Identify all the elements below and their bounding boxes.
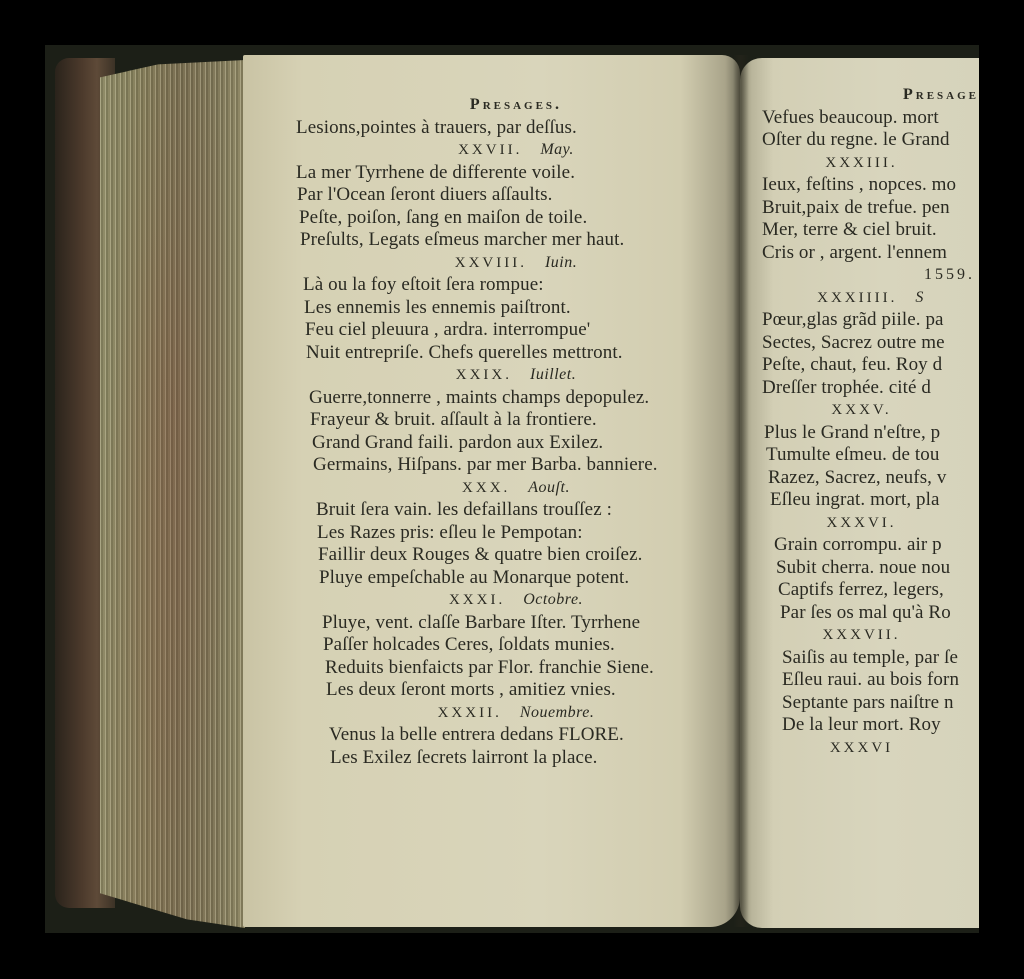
verse-line: Tumulte eſmeu. de tou	[762, 444, 979, 467]
verse-line: Ieux, feſtins , nopces. mo	[762, 174, 979, 197]
verse-line: Oſter du regne. le Grand	[762, 129, 979, 152]
verse-line: Dreſſer trophée. cité d	[762, 377, 979, 400]
book-fore-edge	[100, 60, 245, 928]
section-month: Aouſt.	[528, 479, 570, 496]
verse-line: Subit cherra. noue nou	[762, 557, 979, 580]
verse-line: Saiſis au temple, par ſe	[762, 647, 979, 670]
section-numeral: XXXVI.	[826, 515, 896, 531]
section-month: S	[915, 289, 924, 306]
verse-line: Plus le Grand n'eſtre, p	[762, 422, 979, 445]
section-heading: XXXI.Octobre.	[296, 589, 736, 612]
verse-line: Sectes, Sacrez outre me	[762, 332, 979, 355]
verse-line: Reduits bienfaicts par Flor. franchie Si…	[296, 657, 736, 680]
section-heading: XXXVII.	[762, 624, 979, 647]
verse-line: Captifs ferrez, legers,	[762, 579, 979, 602]
verse-line: Razez, Sacrez, neufs, v	[762, 467, 979, 490]
verse-line: Peſte, chaut, feu. Roy d	[762, 354, 979, 377]
section-numeral: XXXVII.	[822, 627, 900, 643]
verse-line: Pluye, vent. claſſe Barbare Iſter. Tyrrh…	[296, 612, 736, 635]
verse-line: Paſſer holcades Ceres, ſoldats munies.	[296, 634, 736, 657]
verse-line: Nuit entrepriſe. Chefs querelles mettron…	[296, 342, 736, 365]
section-heading: XXX.Aouſt.	[296, 477, 736, 500]
section-heading: XXXVI	[762, 737, 979, 760]
year-label: 1559.	[762, 264, 979, 287]
verse-line: Lesions,pointes à trauers, par deſſus.	[296, 117, 736, 140]
right-verse-list: Vefues beaucoup. mortOſter du regne. le …	[762, 107, 979, 760]
verse-line: Eſleu raui. au bois forn	[762, 669, 979, 692]
verse-line: Bruit ſera vain. les defaillans trouſſez…	[296, 499, 736, 522]
running-head: Presage	[762, 84, 979, 107]
section-numeral: XXXII.	[438, 705, 502, 721]
section-heading: XXXII.Nouembre.	[296, 702, 736, 725]
section-heading: XXIX.Iuillet.	[296, 364, 736, 387]
verse-line: Les Razes pris: eſleu le Pempotan:	[296, 522, 736, 545]
verse-line: Venus la belle entrera dedans FLORE.	[296, 724, 736, 747]
section-numeral: XXVII.	[458, 142, 522, 158]
verse-line: Bruit,paix de trefue. pen	[762, 197, 979, 220]
section-numeral: XXXIII.	[825, 155, 897, 171]
verse-line: Pœur,glas grãd piile. pa	[762, 309, 979, 332]
section-month: Nouembre.	[520, 704, 595, 721]
verse-line: Grain corrompu. air p	[762, 534, 979, 557]
section-month: Iuin.	[545, 254, 577, 271]
section-numeral: XXXI.	[449, 592, 505, 608]
verse-line: Guerre,tonnerre , maints champs depopule…	[296, 387, 736, 410]
verse-line: Frayeur & bruit. aſſault à la frontiere.	[296, 409, 736, 432]
verse-line: Vefues beaucoup. mort	[762, 107, 979, 130]
running-head: Presages.	[296, 94, 736, 117]
verse-line: Là ou la foy eſtoit ſera rompue:	[296, 274, 736, 297]
left-page-text: Presages. Lesions,pointes à trauers, par…	[296, 94, 736, 769]
section-numeral: XXX.	[462, 480, 510, 496]
verse-line: La mer Tyrrhene de differente voile.	[296, 162, 736, 185]
verse-line: Septante pars naiſtre n	[762, 692, 979, 715]
right-page-text: Presage Vefues beaucoup. mortOſter du re…	[762, 84, 979, 759]
section-heading: XXXIIII.S	[762, 287, 979, 310]
section-month: Octobre.	[523, 591, 583, 608]
section-numeral: XXXV.	[831, 402, 891, 418]
section-month: Iuillet.	[530, 366, 576, 383]
verse-line: Les deux ſeront morts , amitiez vnies.	[296, 679, 736, 702]
section-heading: XXVIII.Iuin.	[296, 252, 736, 275]
verse-line: Les Exilez ſecrets lairront la place.	[296, 747, 736, 770]
section-numeral: XXIX.	[456, 367, 512, 383]
verse-line: Cris or , argent. l'ennem	[762, 242, 979, 265]
verse-line: Eſleu ingrat. mort, pla	[762, 489, 979, 512]
verse-line: Par ſes os mal qu'à Ro	[762, 602, 979, 625]
verse-line: Pluye empeſchable au Monarque potent.	[296, 567, 736, 590]
verse-line: Germains, Hiſpans. par mer Barba. bannie…	[296, 454, 736, 477]
verse-line: Les ennemis les ennemis paiſtront.	[296, 297, 736, 320]
section-heading: XXXIII.	[762, 152, 979, 175]
section-numeral: XXXIIII.	[817, 290, 897, 306]
verse-line: Preſults, Legats eſmeus marcher mer haut…	[296, 229, 736, 252]
verse-line: Faillir deux Rouges & quatre bien croiſe…	[296, 544, 736, 567]
verse-line: Peſte, poiſon, ſang en maiſon de toile.	[296, 207, 736, 230]
section-numeral: XXVIII.	[455, 255, 527, 271]
section-heading: XXXV.	[762, 399, 979, 422]
verse-line: Feu ciel pleuura , ardra. interrompue'	[296, 319, 736, 342]
verse-line: Mer, terre & ciel bruit.	[762, 219, 979, 242]
verse-line: Grand Grand faili. pardon aux Exilez.	[296, 432, 736, 455]
section-month: May.	[540, 141, 574, 158]
left-verse-list: Lesions,pointes à trauers, par deſſus.XX…	[296, 117, 736, 770]
section-heading: XXVII.May.	[296, 139, 736, 162]
verse-line: Par l'Ocean ſeront diuers aſſaults.	[296, 184, 736, 207]
section-numeral: XXXVI	[830, 740, 893, 756]
verse-line: De la leur mort. Roy	[762, 714, 979, 737]
section-heading: XXXVI.	[762, 512, 979, 535]
